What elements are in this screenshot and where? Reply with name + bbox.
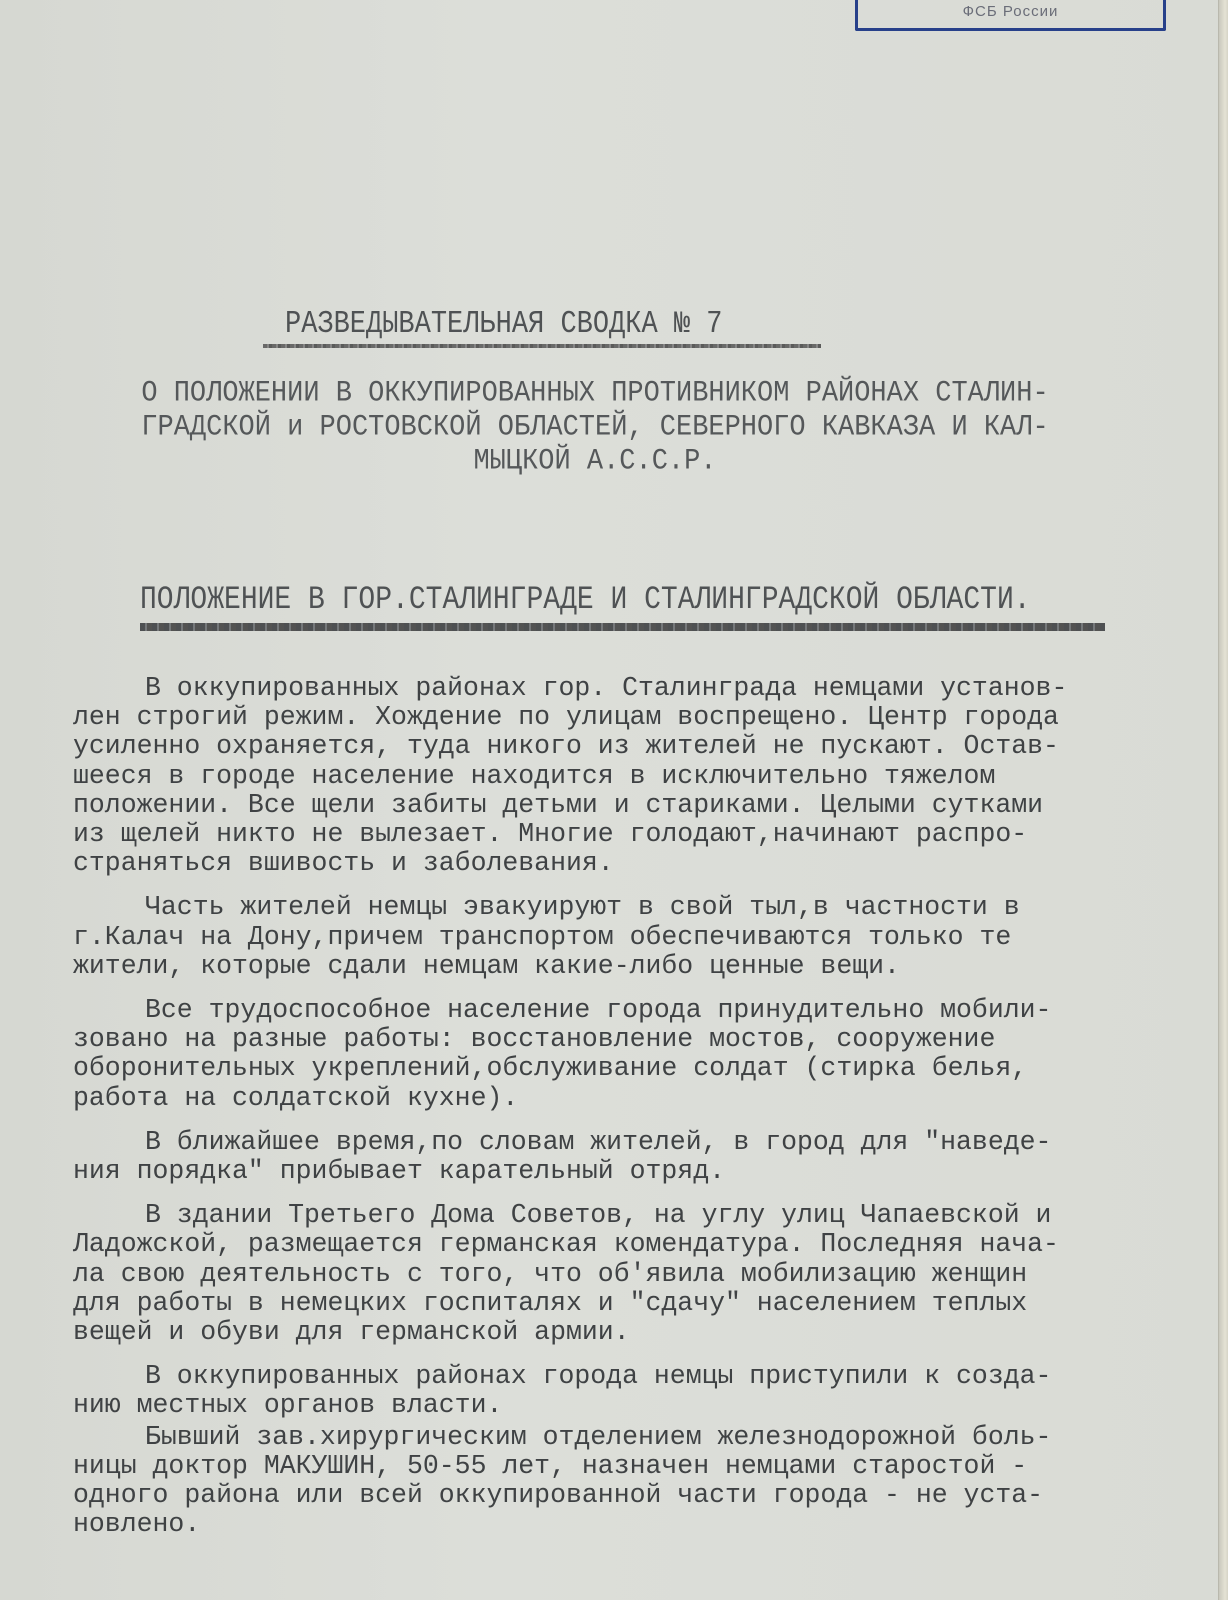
- stamp-text: ФСБ России: [858, 3, 1163, 20]
- text-line: В ближайшее время,по словам жителей, в г…: [73, 1128, 1203, 1157]
- text-line: положении. Все щели забиты детьми и стар…: [73, 791, 1203, 820]
- text-line: В здании Третьего Дома Советов, на углу …: [73, 1201, 1203, 1230]
- text-line: из щелей никто не вылезает. Многие голод…: [73, 820, 1203, 849]
- document-body: В оккупированных районах гор. Сталинград…: [73, 674, 1203, 1539]
- page-edge: [1218, 0, 1228, 1600]
- text-line: ницы доктор МАКУШИН, 50-55 лет, назначен…: [73, 1452, 1203, 1481]
- text-line: зовано на разные работы: восстановление …: [73, 1025, 1203, 1054]
- text-line: Часть жителей немцы эвакуируют в свой ты…: [73, 893, 1203, 922]
- section-heading: ПОЛОЖЕНИЕ В ГОР.СТАЛИНГРАДЕ И СТАЛИНГРАД…: [140, 583, 1031, 619]
- text-line: работа на солдатской кухне).: [73, 1084, 1203, 1113]
- title-underline: [263, 344, 821, 348]
- text-line: усиленно охраняется, туда никого из жите…: [73, 732, 1203, 761]
- paragraph: В оккупированных районах города немцы пр…: [73, 1362, 1203, 1420]
- text-line: В оккупированных районах гор. Сталинград…: [73, 674, 1203, 703]
- text-line: страняться вшивость и заболевания.: [73, 849, 1203, 878]
- text-line: Ладожской, размещается германская коменд…: [73, 1230, 1203, 1259]
- subtitle-line: МЫЦКОЙ А.С.С.Р.: [70, 446, 1120, 480]
- text-line: г.Калач на Дону,причем транспортом обесп…: [73, 923, 1203, 952]
- text-line: вещей и обуви для германской армии.: [73, 1318, 1203, 1347]
- text-line: В оккупированных районах города немцы пр…: [73, 1362, 1203, 1391]
- text-line: жители, которые сдали немцам какие-либо …: [73, 952, 1203, 981]
- paragraph: В оккупированных районах гор. Сталинград…: [73, 674, 1203, 878]
- text-line: лен строгий режим. Хождение по улицам во…: [73, 703, 1203, 732]
- text-line: новлено.: [73, 1510, 1203, 1539]
- text-line: ла свою деятельность с того, что об'явил…: [73, 1260, 1203, 1289]
- text-line: нию местных органов власти.: [73, 1391, 1203, 1420]
- section-underline: [140, 623, 1105, 631]
- paragraph: Все трудоспособное население города прин…: [73, 996, 1203, 1113]
- archive-stamp: ФСБ России: [855, 0, 1166, 31]
- document-page: ФСБ России РАЗВЕДЫВАТЕЛЬНАЯ СВОДКА № 7 О…: [0, 0, 1228, 1600]
- text-line: одного района или всей оккупированной ча…: [73, 1481, 1203, 1510]
- paragraph: В здании Третьего Дома Советов, на углу …: [73, 1201, 1203, 1347]
- paragraph: В ближайшее время,по словам жителей, в г…: [73, 1128, 1203, 1186]
- document-subtitle: О ПОЛОЖЕНИИ В ОККУПИРОВАННЫХ ПРОТИВНИКОМ…: [70, 377, 1120, 479]
- document-title: РАЗВЕДЫВАТЕЛЬНАЯ СВОДКА № 7: [285, 308, 722, 343]
- text-line: оборонительных укреплений,обслуживание с…: [73, 1054, 1203, 1083]
- paragraph: Бывший зав.хирургическим отделением желе…: [73, 1423, 1203, 1540]
- text-line: Все трудоспособное население города прин…: [73, 996, 1203, 1025]
- paragraph: Часть жителей немцы эвакуируют в свой ты…: [73, 893, 1203, 981]
- text-line: Бывший зав.хирургическим отделением желе…: [73, 1423, 1203, 1452]
- text-line: шееся в городе население находится в иск…: [73, 762, 1203, 791]
- text-line: ния порядка" прибывает карательный отряд…: [73, 1157, 1203, 1186]
- text-line: для работы в немецких госпиталях и "сдач…: [73, 1289, 1203, 1318]
- subtitle-line: О ПОЛОЖЕНИИ В ОККУПИРОВАННЫХ ПРОТИВНИКОМ…: [70, 377, 1120, 411]
- subtitle-line: ГРАДСКОЙ и РОСТОВСКОЙ ОБЛАСТЕЙ, СЕВЕРНОГ…: [70, 411, 1120, 445]
